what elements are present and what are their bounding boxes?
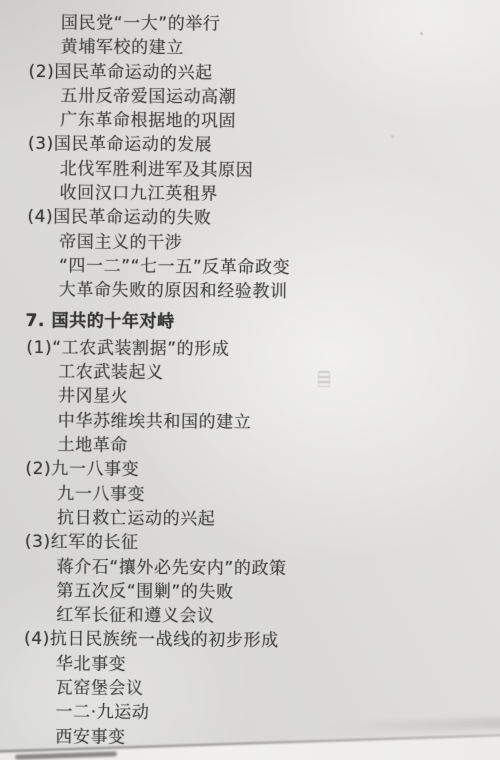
toc-line: 收回汉口九江英租界 bbox=[0, 181, 473, 209]
toc-line: 北伐军胜利进军及其原因 bbox=[0, 156, 473, 184]
toc-line: 九一八事变 bbox=[0, 481, 470, 509]
toc-line: (3)国民革命运动的发展 bbox=[0, 132, 473, 160]
toc-line: 井冈星火 bbox=[0, 384, 471, 412]
toc-line: 红军长征和遵义会议 bbox=[0, 603, 469, 631]
toc-line: (2)国民革命运动的兴起 bbox=[0, 59, 474, 87]
toc-line: 帝国主义的干涉 bbox=[0, 229, 472, 257]
toc-line: 大革命失败的原因和经验教训 bbox=[0, 278, 472, 306]
toc-line: 西安事变 bbox=[0, 724, 468, 752]
toc-line: (4)国民革命运动的失败 bbox=[0, 205, 472, 233]
corner-shadow bbox=[15, 751, 117, 759]
toc-line: “四一二”“七一五”反革命政变 bbox=[0, 254, 472, 282]
toc-line: 瓦窑堡会议 bbox=[0, 676, 469, 704]
toc-line: 广东革命根据地的巩固 bbox=[0, 108, 473, 136]
toc-line: 国民党“一大”的举行 bbox=[0, 11, 474, 39]
toc-line: 第五次反“围剿”的失败 bbox=[0, 578, 470, 606]
scanned-page: 国民党“一大”的举行黄埔军校的建立(2)国民革命运动的兴起五卅反帝爱国运动高潮广… bbox=[0, 0, 500, 760]
toc-line: (1)“工农武装割据”的形成 bbox=[0, 336, 471, 364]
toc-line: (3)红军的长征 bbox=[0, 530, 470, 558]
toc-line: 抗日救亡运动的兴起 bbox=[0, 506, 470, 534]
toc-line: 工农武装起义 bbox=[0, 360, 471, 388]
toc-heading-line: 7. 国共的十年对峙 bbox=[0, 308, 472, 336]
toc-line: 五卅反帝爱国运动高潮 bbox=[0, 84, 473, 112]
toc-line: 中华苏维埃共和国的建立 bbox=[0, 408, 471, 436]
toc-line: (4)抗日民族统一战线的初步形成 bbox=[0, 627, 469, 655]
toc-line: 黄埔军校的建立 bbox=[0, 35, 474, 63]
toc-line: (2)九一八事变 bbox=[0, 457, 470, 485]
toc-line: 一二·九运动 bbox=[0, 700, 469, 728]
toc-outline: 国民党“一大”的举行黄埔军校的建立(2)国民革命运动的兴起五卅反帝爱国运动高潮广… bbox=[0, 11, 474, 753]
toc-line: 蒋介石“攘外必先安内”的政策 bbox=[0, 554, 470, 582]
toc-line: 华北事变 bbox=[0, 651, 469, 679]
toc-line: 土地革命 bbox=[0, 433, 471, 461]
